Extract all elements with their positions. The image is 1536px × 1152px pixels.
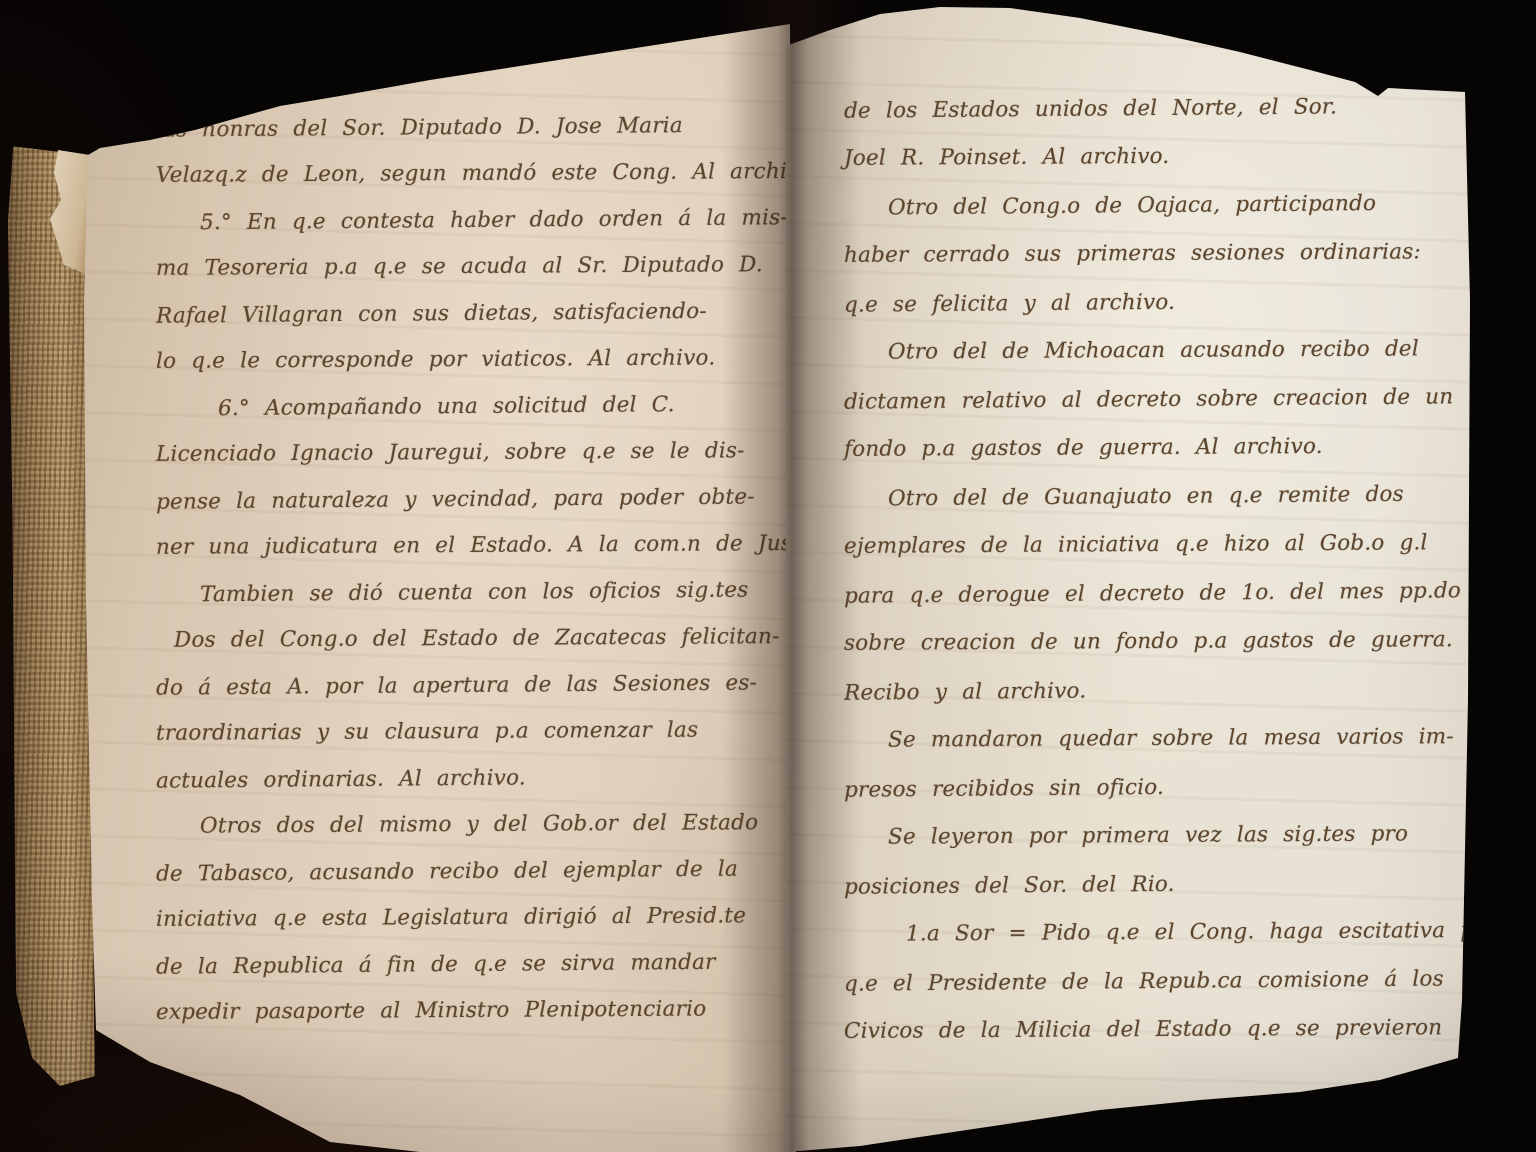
manuscript-line: Otro del Cong.o de Oajaca, participando [844, 179, 1464, 233]
folio-number: 200 [1391, 63, 1440, 92]
manuscript-line: de los Estados unidos del Norte, el Sor. [844, 82, 1464, 136]
manuscript-line: posiciones del Sor. del Rio. [844, 858, 1464, 912]
manuscript-line: Otros dos del mismo y del Gob.or del Est… [156, 800, 772, 850]
manuscript-line: Civicos de la Milicia del Estado q.e se … [844, 1004, 1464, 1056]
manuscript-line: Dos del Cong.o del Estado de Zacatecas f… [156, 614, 772, 664]
manuscript-line: Se leyeron por primera vez las sig.tes p… [844, 810, 1464, 862]
manuscript-line: dictamen relativo al decreto sobre creac… [844, 373, 1464, 427]
manuscript-line: para q.e derogue el decreto de 1o. del m… [844, 567, 1464, 621]
manuscript-line: Se mandaron quedar sobre la mesa varios … [844, 713, 1464, 765]
manuscript-line: presos recibidos sin oficio. [844, 761, 1464, 815]
manuscript-line: lo q.e le corresponde por viaticos. Al a… [156, 335, 772, 385]
manuscript-line: traordinarias y su clausura p.a comenzar… [156, 707, 772, 757]
manuscript-line: 5.° En q.e contesta haber dado orden á l… [156, 195, 772, 247]
manuscript-line: do á esta A. por la apertura de las Sesi… [156, 660, 772, 712]
manuscript-line: Recibo y al archivo. [844, 664, 1464, 718]
right-page: 200 de los Estados unidos del Norte, el … [786, 0, 1502, 1152]
manuscript-line: expedir pasaporte al Ministro Plenipoten… [156, 986, 772, 1036]
left-page-stack-edge [7, 146, 95, 1087]
manuscript-line: Velazq.z de Leon, segun mandó este Cong.… [156, 149, 772, 199]
manuscript-line: pense la naturaleza y vecindad, para pod… [156, 474, 772, 526]
left-page-text: las honras del Sor. Diputado D. Jose Mar… [156, 104, 772, 1034]
manuscript-line: Licenciado Ignacio Jauregui, sobre q.e s… [156, 428, 772, 478]
manuscript-line: fondo p.a gastos de guerra. Al archivo. [844, 422, 1464, 474]
photo-background: las honras del Sor. Diputado D. Jose Mar… [0, 0, 1536, 1152]
manuscript-line: 6.° Acompañando una solicitud del C. [156, 381, 772, 433]
left-page: las honras del Sor. Diputado D. Jose Mar… [30, 14, 796, 1152]
manuscript-line: Tambien se dió cuenta con los oficios si… [156, 567, 772, 619]
manuscript-line: Otro del de Michoacan acusando recibo de… [844, 325, 1464, 377]
manuscript-line: Otro del de Guanajuato en q.e remite dos [844, 470, 1464, 524]
manuscript-line: Joel R. Poinset. Al archivo. [844, 131, 1464, 183]
manuscript-line: ner una judicatura en el Estado. A la co… [156, 521, 772, 571]
manuscript-line: de Tabasco, acusando recibo del ejemplar… [156, 846, 772, 898]
manuscript-line: sobre creacion de un fondo p.a gastos de… [844, 616, 1464, 668]
manuscript-line: ejemplares de la iniciativa q.e hizo al … [844, 519, 1464, 571]
manuscript-line: q.e se felicita y al archivo. [844, 276, 1464, 330]
right-page-text: de los Estados unidos del Norte, el Sor.… [844, 84, 1464, 1054]
manuscript-line: de la Republica á fin de q.e se sirva ma… [156, 939, 772, 991]
manuscript-line: 1.a Sor = Pido q.e el Cong. haga escitat… [844, 907, 1464, 959]
right-page-edge [1456, 88, 1504, 1063]
manuscript-line: actuales ordinarias. Al archivo. [156, 753, 772, 805]
manuscript-line: q.e el Presidente de la Repub.ca comisio… [844, 955, 1464, 1009]
manuscript-line: las honras del Sor. Diputado D. Jose Mar… [156, 102, 772, 154]
manuscript-line: haber cerrado sus primeras sesiones ordi… [844, 228, 1464, 280]
manuscript-line: iniciativa q.e esta Legislatura dirigió … [156, 893, 772, 943]
manuscript-line: Rafael Villagran con sus dietas, satisfa… [156, 288, 772, 340]
manuscript-line: ma Tesoreria p.a q.e se acuda al Sr. Dip… [156, 242, 772, 292]
